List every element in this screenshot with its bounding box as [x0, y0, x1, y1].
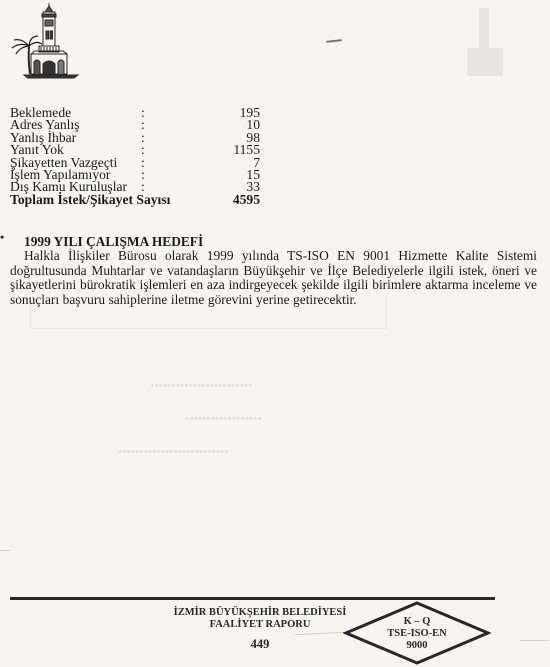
certification-badge: K – Q TSE-ISO-EN 9000	[343, 600, 491, 666]
show-through-box	[30, 292, 387, 329]
scan-artifact	[520, 640, 548, 641]
section-title: 1999 YILI ÇALIŞMA HEDEFİ	[24, 235, 203, 249]
scan-artifact	[0, 550, 10, 551]
stats-separator: :	[141, 169, 201, 181]
stats-separator: :	[141, 157, 201, 169]
cert-line-number: 9000	[343, 640, 491, 652]
stats-separator: :	[141, 132, 201, 144]
stats-total-row: Toplam İstek/Şikayet Sayısı4595	[10, 194, 260, 206]
show-through-text: ▪▪▪▪▪▪▪▪▪▪▪▪▪▪▪▪▪▪	[185, 411, 262, 426]
show-through-tower-icon	[455, 4, 515, 80]
stats-separator: :	[141, 144, 201, 156]
cert-line-standard: TSE-ISO-EN	[343, 628, 491, 640]
document-page: Beklemede:195Adres Yanlış:10Yanlış İhbar…	[0, 0, 550, 667]
footer-org-name: İZMİR BÜYÜKŞEHİR BELEDİYESİ	[150, 607, 370, 619]
show-through-text: ▪▪▪▪▪▪▪▪▪▪▪▪▪▪▪▪▪▪▪▪▪▪▪▪▪▪	[118, 444, 229, 459]
stats-separator: :	[141, 119, 201, 131]
stats-total-value: 4595	[201, 194, 260, 206]
scan-artifact	[295, 632, 345, 636]
bullet-icon: •	[0, 230, 4, 245]
footer-organization: İZMİR BÜYÜKŞEHİR BELEDİYESİ FAALİYET RAP…	[150, 607, 370, 630]
page-number: 449	[240, 637, 280, 652]
stats-value: 1155	[201, 144, 260, 156]
show-through-text: ▪▪▪▪▪▪▪▪▪▪▪▪▪▪▪▪▪▪▪▪▪▪▪▪	[150, 378, 252, 393]
scan-artifact	[326, 39, 342, 43]
izmir-clock-tower-icon	[8, 2, 84, 80]
cert-line-kq: K – Q	[343, 616, 491, 628]
footer-report-name: FAALİYET RAPORU	[150, 619, 370, 631]
complaint-stats-table: Beklemede:195Adres Yanlış:10Yanlış İhbar…	[10, 107, 260, 206]
stats-separator: :	[141, 107, 201, 119]
stats-total-label: Toplam İstek/Şikayet Sayısı	[10, 194, 201, 206]
